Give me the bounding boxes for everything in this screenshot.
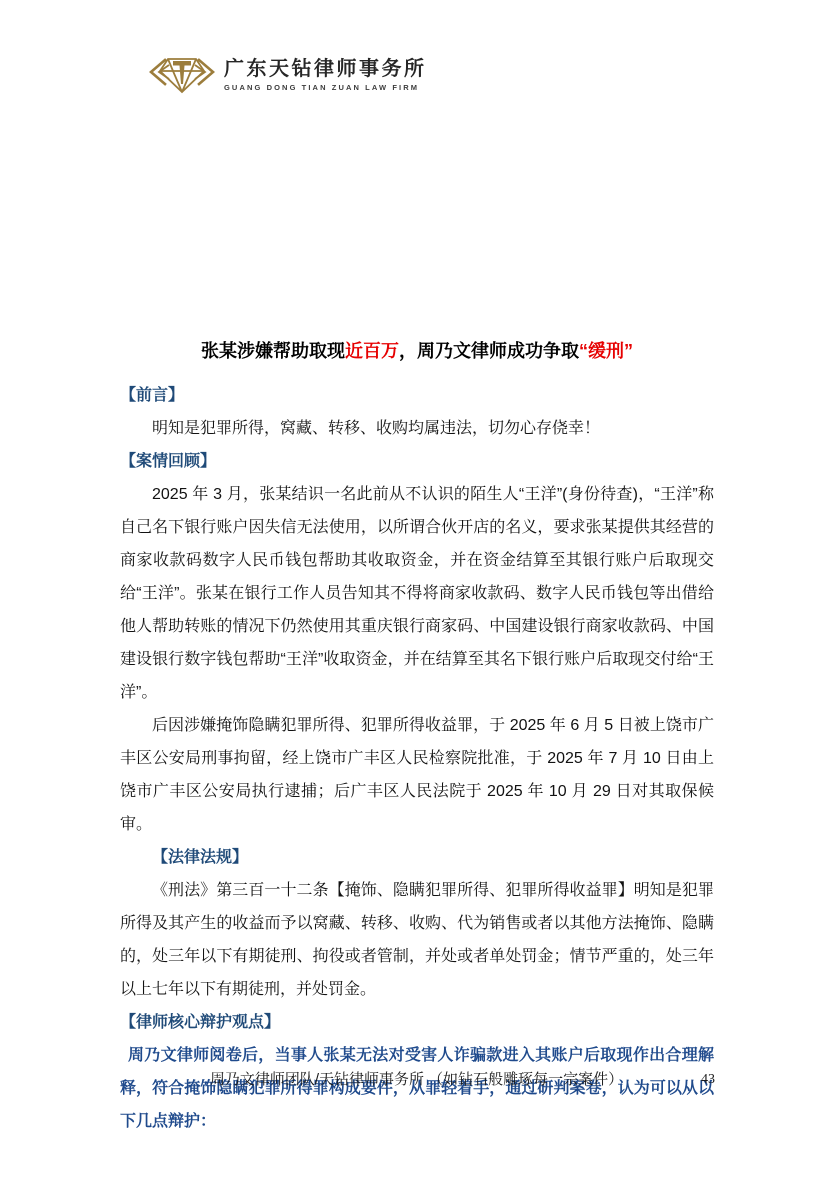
law-firm-logo: 广东天钻律师事务所 GUANG DONG TIAN ZUAN LAW FIRM (146, 46, 427, 98)
title-part-2: ，周乃文律师成功争取 (399, 341, 579, 361)
page-number: 43 (701, 1068, 715, 1092)
article-title: 张某涉嫌帮助取现近百万，周乃文律师成功争取“缓刑” (120, 340, 714, 362)
section-header-defense: 【律师核心辩护观点】 (120, 1006, 714, 1039)
logo-name-en: GUANG DONG TIAN ZUAN LAW FIRM (224, 83, 427, 92)
section-header-law: 【法律法规】 (120, 841, 714, 874)
page-footer: 周乃文律师团队/天钻律师事务所 （如钻石般雕琢每一宗案件） 43 (0, 1068, 833, 1092)
logo-text-block: 广东天钻律师事务所 GUANG DONG TIAN ZUAN LAW FIRM (224, 52, 427, 92)
law-paragraph: 《刑法》第三百一十二条【掩饰、隐瞒犯罪所得、犯罪所得收益罪】明知是犯罪所得及其产… (120, 874, 714, 1006)
case-review-paragraph-1: 2025 年 3 月，张某结识一名此前从不认识的陌生人“王洋”(身份待查)，“王… (120, 478, 714, 709)
section-header-preface: 【前言】 (120, 379, 714, 412)
preface-paragraph: 明知是犯罪所得，窝藏、转移、收购均属违法，切勿心存侥幸！ (120, 412, 714, 445)
title-part-1: 张某涉嫌帮助取现 (201, 341, 345, 361)
document-page: 广东天钻律师事务所 GUANG DONG TIAN ZUAN LAW FIRM … (0, 0, 833, 1178)
title-highlight-probation: “缓刑” (579, 341, 633, 361)
logo-name-cn: 广东天钻律师事务所 (224, 52, 427, 81)
title-highlight-amount: 近百万 (345, 341, 399, 361)
case-review-paragraph-2: 后因涉嫌掩饰隐瞒犯罪所得、犯罪所得收益罪，于 2025 年 6 月 5 日被上饶… (120, 709, 714, 841)
article-content: 张某涉嫌帮助取现近百万，周乃文律师成功争取“缓刑” 【前言】 明知是犯罪所得，窝… (120, 340, 714, 1138)
section-header-case-review: 【案情回顾】 (120, 445, 714, 478)
diamond-logo-icon (146, 46, 218, 98)
